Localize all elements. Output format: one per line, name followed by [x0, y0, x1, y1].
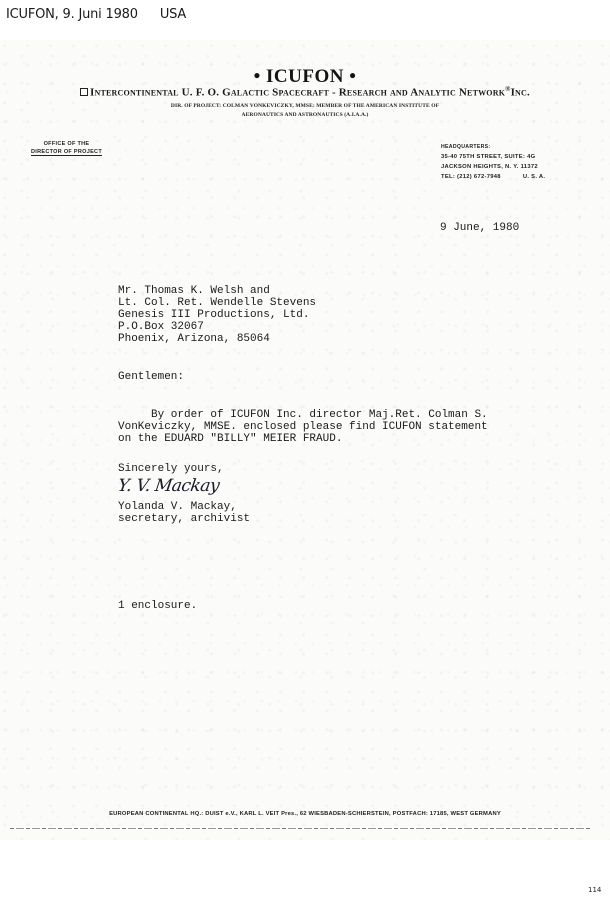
- letter-date: 9 June, 1980: [440, 222, 519, 234]
- page-number: 114: [588, 886, 601, 894]
- recipient-address: Mr. Thomas K. Welsh and Lt. Col. Ret. We…: [118, 285, 316, 345]
- salutation: Gentlemen:: [118, 371, 184, 383]
- office-block: OFFICE OF THE DIRECTOR OF PROJECT: [31, 140, 102, 156]
- subtitle-line-2: Aeronautics and Astronautics (A.I.A.A.): [0, 111, 610, 120]
- office-line-2: DIRECTOR OF PROJECT: [31, 149, 102, 156]
- closing: Sincerely yours,: [118, 463, 224, 475]
- european-hq-footer: EUROPEAN CONTINENTAL HQ.: DUIST e.V., KA…: [0, 811, 610, 817]
- organization-suffix: Inc.: [511, 87, 530, 99]
- handwritten-signature: Y. V. Mackay: [117, 476, 221, 496]
- hq-label: HEADQUARTERS:: [441, 142, 545, 152]
- address-line: Genesis III Productions, Ltd.: [118, 309, 316, 321]
- signer-title: secretary, archivist: [118, 513, 250, 525]
- address-line: Lt. Col. Ret. Wendelle Stevens: [118, 297, 316, 309]
- body-line: on the EDUARD "BILLY" MEIER FRAUD.: [118, 433, 488, 445]
- subtitle-line-1: Dir. of Project: Colman VonKeviczky, MMS…: [0, 102, 610, 111]
- letterhead-subtitle: Dir. of Project: Colman VonKeviczky, MMS…: [0, 102, 610, 120]
- headquarters-block: HEADQUARTERS: 35-40 75TH STREET, SUITE: …: [441, 142, 545, 182]
- hq-city: JACKSON HEIGHTS, N. Y. 11372: [441, 162, 545, 172]
- address-line: Phoenix, Arizona, 85064: [118, 333, 316, 345]
- document-caption: ICUFON, 9. Juni 1980USA: [6, 7, 186, 22]
- checkbox-square-icon: [80, 88, 88, 96]
- address-line: P.O.Box 32067: [118, 321, 316, 333]
- letter-body: By order of ICUFON Inc. director Maj.Ret…: [118, 409, 488, 445]
- hq-street: 35-40 75TH STREET, SUITE: 4G: [441, 152, 545, 162]
- letter-page: • ICUFON • Intercontinental U. F. O. Gal…: [0, 40, 610, 840]
- footer-divider: [10, 828, 590, 829]
- organization-name: Intercontinental U. F. O. Galactic Space…: [90, 87, 505, 99]
- caption-country: USA: [160, 7, 186, 22]
- body-line: By order of ICUFON Inc. director Maj.Ret…: [118, 409, 488, 421]
- office-line-1: OFFICE OF THE: [31, 140, 102, 148]
- letterhead-organization: Intercontinental U. F. O. Galactic Space…: [0, 85, 610, 99]
- caption-title: ICUFON, 9. Juni 1980: [6, 7, 138, 22]
- enclosure-note: 1 enclosure.: [118, 600, 197, 612]
- signer-name: Yolanda V. Mackay,: [118, 501, 250, 513]
- hq-country: U. S. A.: [523, 174, 545, 180]
- hq-phone: TEL: (212) 672-7948: [441, 174, 501, 180]
- body-line: VonKeviczky, MMSE. enclosed please find …: [118, 421, 488, 433]
- address-line: Mr. Thomas K. Welsh and: [118, 285, 316, 297]
- signer-block: Yolanda V. Mackay, secretary, archivist: [118, 501, 250, 525]
